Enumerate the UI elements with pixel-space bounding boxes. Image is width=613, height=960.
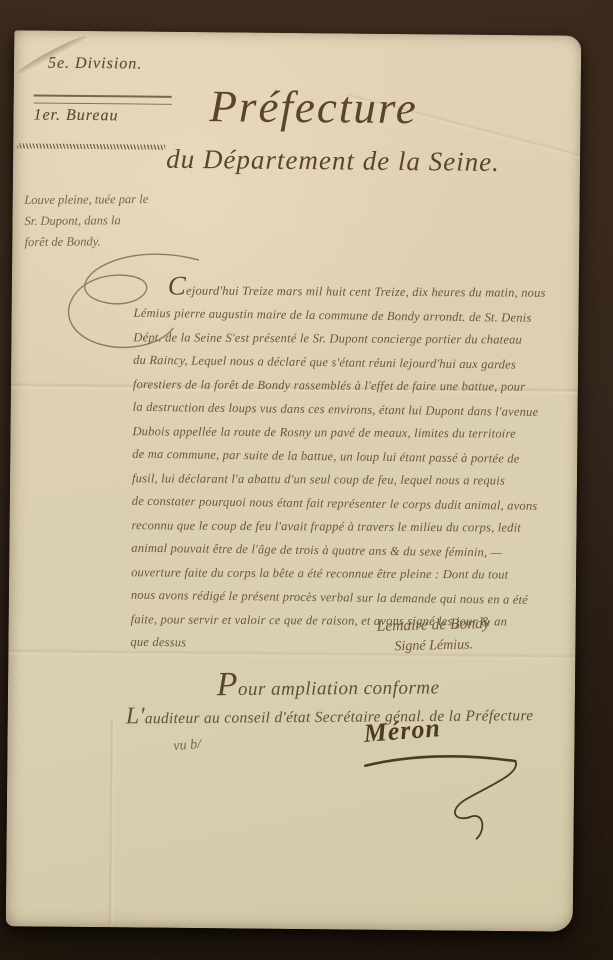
- body-line: reconnu que le coup de feu l'avait frapp…: [131, 514, 586, 540]
- body-line: Cejourd'hui Treize mars mil huit cent Tr…: [134, 274, 589, 305]
- body-line: ouverture faite du corps la bête a été r…: [131, 561, 586, 587]
- ampliation-line: Pour ampliation conforme: [158, 664, 498, 705]
- margin-note-line1: Louve pleine, tuée par le: [24, 189, 204, 211]
- signature-flourish: [359, 750, 525, 847]
- division-label: 5e. Division.: [48, 55, 142, 74]
- secretary-signature: Méron: [363, 713, 442, 749]
- attestation-place-line: Lemaire de Bondy: [338, 614, 528, 637]
- official-title-line: L'auditeur au conseil d'état Secrétaire …: [126, 700, 588, 731]
- letterhead-title: Préfecture: [13, 78, 613, 136]
- document-paper: 5e. Division. 1er. Bureau Préfecture du …: [6, 30, 582, 931]
- body-line: fusil, lui déclarant l'a abattu d'un seu…: [132, 467, 587, 493]
- mayor-attestation: Lemaire de Bondy Signé Lémius.: [338, 614, 529, 657]
- margin-note-line2: Sr. Dupont, dans la: [24, 210, 204, 232]
- body-line: Dépt. de la Seine S'est présenté le Sr. …: [133, 326, 588, 352]
- body-line: Dubois appellée la route de Rosny un pav…: [132, 420, 587, 446]
- vu-annotation: vu b/: [173, 737, 202, 755]
- body-paragraph: Cejourd'hui Treize mars mil huit cent Tr…: [130, 273, 589, 658]
- margin-note: Louve pleine, tuée par le Sr. Dupont, da…: [24, 189, 204, 253]
- fold-crease-vertical-bottomleft: [108, 719, 117, 924]
- photo-background: 5e. Division. 1er. Bureau Préfecture du …: [0, 0, 613, 960]
- letterhead-subtitle: du Département de la Seine.: [73, 143, 593, 179]
- body-line: forestiers de la forêt de Bondy rassembl…: [133, 373, 588, 399]
